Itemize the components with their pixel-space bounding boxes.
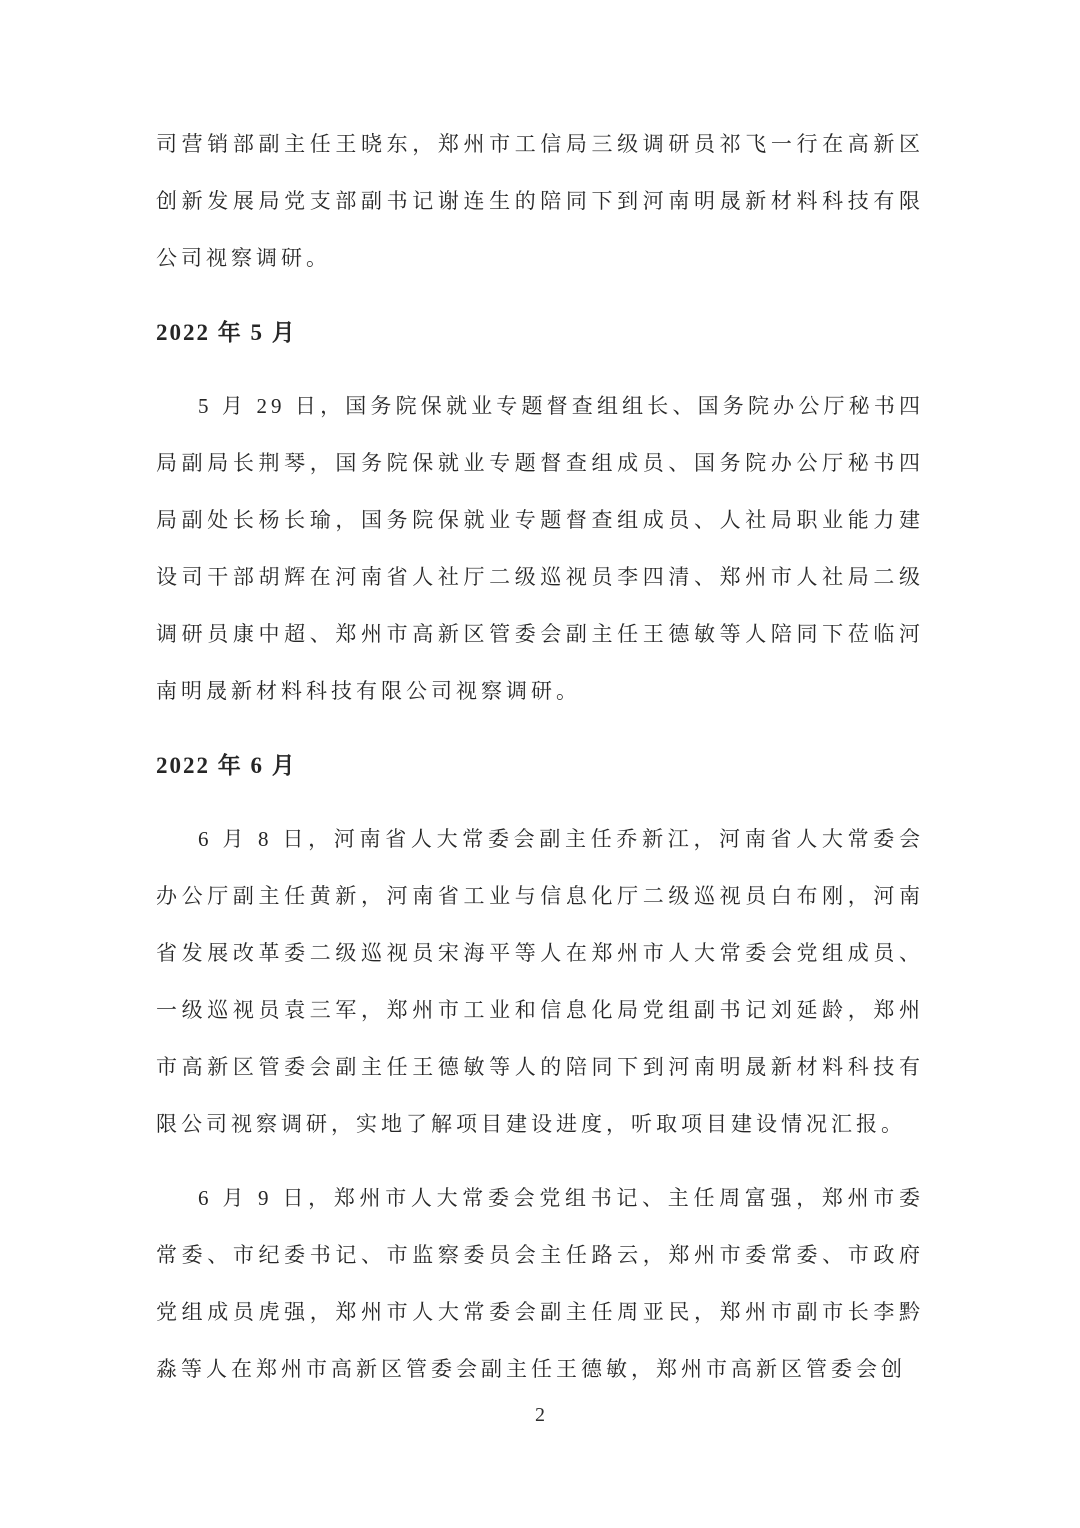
page-number: 2 <box>0 1400 1080 1430</box>
paragraph-june-8: 6 月 8 日，河南省人大常委会副主任乔新江，河南省人大常委会办公厅副主任黄新，… <box>156 811 924 1153</box>
heading-2022-may: 2022 年 5 月 <box>156 304 924 361</box>
document-page: 司营销部副主任王晓东，郑州市工信局三级调研员祁飞一行在高新区创新发展局党支部副书… <box>0 0 1080 1528</box>
heading-2022-june: 2022 年 6 月 <box>156 737 924 794</box>
paragraph-june-9: 6 月 9 日，郑州市人大常委会党组书记、主任周富强，郑州市委常委、市纪委书记、… <box>156 1170 924 1398</box>
paragraph-may-29: 5 月 29 日，国务院保就业专题督查组组长、国务院办公厅秘书四局副局长荆琴，国… <box>156 378 924 720</box>
paragraph-continuation-from-previous-page: 司营销部副主任王晓东，郑州市工信局三级调研员祁飞一行在高新区创新发展局党支部副书… <box>156 116 924 287</box>
document-body: 司营销部副主任王晓东，郑州市工信局三级调研员祁飞一行在高新区创新发展局党支部副书… <box>156 116 924 1415</box>
